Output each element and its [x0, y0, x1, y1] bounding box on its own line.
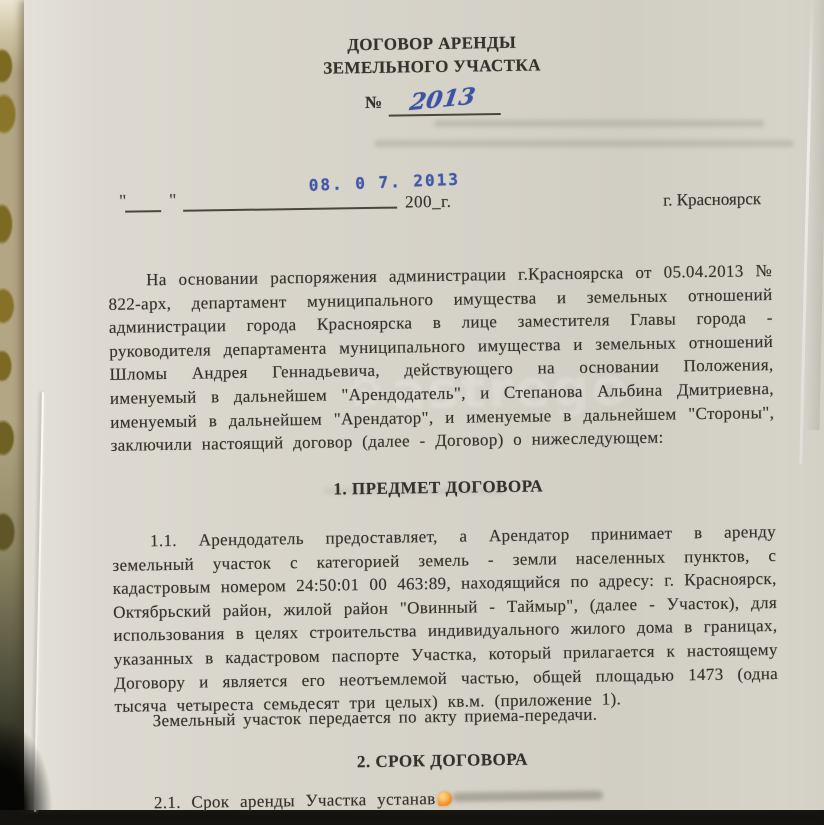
date-row: " " 08. 0 7. 2013 200_г. г. Красноярск	[89, 181, 779, 225]
year-blank: 200_г.	[405, 192, 452, 213]
cutoff-text-smudge	[452, 791, 602, 802]
orange-marker-icon	[437, 792, 451, 806]
day-blank-line	[125, 194, 161, 213]
number-label: №	[365, 93, 382, 112]
section-1-heading: 1. ПРЕДМЕТ ДОГОВОРА	[93, 473, 783, 503]
corner-shadow	[0, 670, 60, 810]
number-blank-line: 2013	[388, 85, 500, 117]
preamble-paragraph: На основании распоряжения администрации …	[108, 259, 775, 458]
document-number-row: №2013	[87, 81, 777, 121]
month-blank-line: 08. 0 7. 2013	[183, 191, 397, 212]
close-quote: "	[169, 190, 177, 211]
section-2-heading: 2. СРОК ДОГОВОРА	[97, 746, 787, 776]
clause-2-1-line: 2.1. Срок аренды Участка устанав	[116, 784, 780, 810]
paragraph-indent	[116, 808, 154, 809]
clause-2-1-text: 2.1. Срок аренды Участка устанав	[154, 789, 436, 810]
handwritten-number: 2013	[408, 83, 477, 117]
document-text-layer: ДОГОВОР АРЕНДЫ ЗЕМЕЛЬНОГО УЧАСТКА №2013 …	[86, 0, 788, 810]
city-label: г. Красноярск	[663, 189, 761, 210]
photo-of-document: ⚙ astrego ДОГОВОР АРЕНДЫ ЗЕМЕЛЬНОГО УЧАС…	[0, 0, 824, 810]
clause-1-1-paragraph: 1.1. Арендодатель предоставляет, а Аренд…	[112, 520, 779, 719]
